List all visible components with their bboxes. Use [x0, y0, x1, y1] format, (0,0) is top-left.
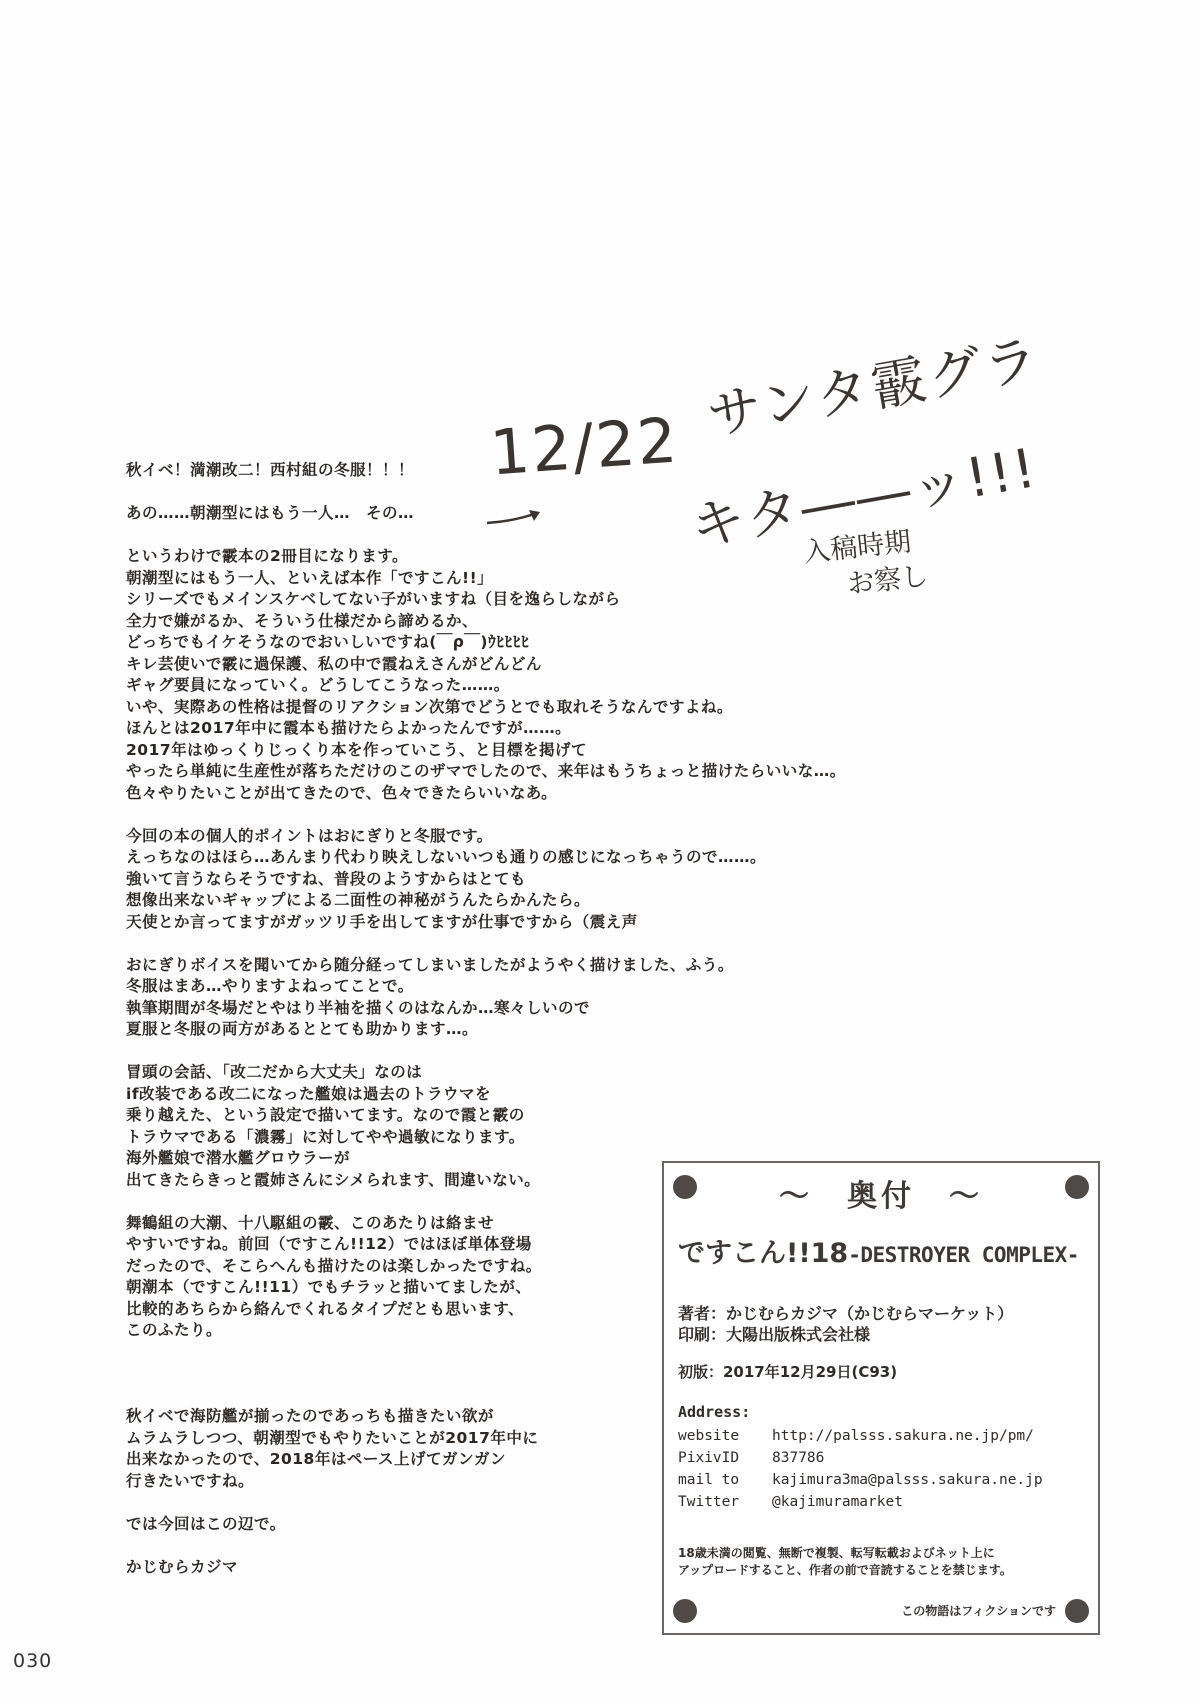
afterword-paragraph: というわけで霰本の2冊目になります。朝潮型にはもう一人、といえば本作「ですこん!…	[126, 546, 1026, 804]
address-key: PixivID	[678, 1447, 772, 1469]
notice-line-1: 18歳未満の閲覧、無断で複製、転写転載およびネット上に	[678, 1545, 1012, 1562]
afterword-line: 今回の本の個人的ポイントはおにぎりと冬服です。	[126, 826, 1026, 848]
notice-line-2: アップロードすること、作者の前で音読することを禁じます。	[678, 1562, 1012, 1579]
afterword-paragraph: 秋イベ！満潮改二！西村組の冬服！！！	[126, 460, 1026, 482]
address-row-website: website http://palsss.sakura.ne.jp/pm/	[678, 1425, 1043, 1447]
afterword-paragraph: おにぎりボイスを聞いてから随分経ってしまいましたがようやく描けました、ふう。冬服…	[126, 955, 1026, 1041]
afterword-line: 天使とか言ってますがガッツリ手を出してますが仕事ですから（震え声	[126, 912, 1026, 934]
afterword-line: ギャグ要員になっていく。どうしてこうなった……。	[126, 675, 1026, 697]
page-number: 030	[13, 1650, 52, 1672]
address-label: Address:	[678, 1403, 750, 1421]
pin-icon	[673, 1599, 697, 1623]
address-key: Twitter	[678, 1491, 772, 1513]
afterword-paragraph: 今回の本の個人的ポイントはおにぎりと冬服です。えっちなのはほら…あんまり代わり映…	[126, 826, 1026, 934]
website-link[interactable]: http://palsss.sakura.ne.jp/pm/	[772, 1425, 1034, 1447]
book-title-main: ですこん!!18	[678, 1238, 848, 1269]
printer-line: 印刷：大陽出版株式会社様	[678, 1324, 1013, 1345]
pin-icon	[1065, 1599, 1089, 1623]
colophon-box: ～ 奥付 ～ ですこん!!18-DESTROYER COMPLEX- 著者：かじ…	[662, 1161, 1100, 1635]
afterword-line: どっちでもイケそうなのでおいしいですね(￣ρ￣)ｳﾋﾋﾋﾋ	[126, 632, 1026, 654]
afterword-line: 執筆期間が冬場だとやはり半袖を描くのはなんか…寒々しいので	[126, 998, 1026, 1020]
email-link[interactable]: kajimura3ma@palsss.sakura.ne.jp	[772, 1469, 1043, 1491]
copyright-notice: 18歳未満の閲覧、無断で複製、転写転載およびネット上に アップロードすること、作…	[678, 1545, 1012, 1579]
address-list: website http://palsss.sakura.ne.jp/pm/ P…	[678, 1425, 1043, 1513]
afterword-line: やったら単純に生産性が落ちただけのこのザマでしたので、来年はもうちょっと描けたら…	[126, 761, 1026, 783]
afterword-line: 2017年はゆっくりじっくり本を作っていこう、と目標を掲げて	[126, 740, 1026, 762]
afterword-paragraph: あの……朝潮型にはもう一人… その…	[126, 503, 1026, 525]
afterword-line: おにぎりボイスを聞いてから随分経ってしまいましたがようやく描けました、ふう。	[126, 955, 1026, 977]
address-key: website	[678, 1425, 772, 1447]
afterword-line: 冬服はまあ…やりますよねってことで。	[126, 976, 1026, 998]
afterword-line: 全力で嫌がるか、そういう仕様だから諦めるか、	[126, 611, 1026, 633]
address-row-twitter: Twitter @kajimuramarket	[678, 1491, 1043, 1513]
afterword-line: if改装である改二になった艦娘は過去のトラウマを	[126, 1084, 1026, 1106]
address-key: mail to	[678, 1469, 772, 1491]
afterword-line: 想像出来ないギャップによる二面性の神秘がうんたらかんたら。	[126, 890, 1026, 912]
afterword-line: というわけで霰本の2冊目になります。	[126, 546, 1026, 568]
pixiv-id: 837786	[772, 1447, 824, 1469]
afterword-line: ほんとは2017年中に霞本も描けたらよかったんですが……。	[126, 718, 1026, 740]
book-title: ですこん!!18-DESTROYER COMPLEX-	[678, 1231, 1079, 1270]
afterword-line: 冒頭の会話、「改二だから大丈夫」なのは	[126, 1062, 1026, 1084]
afterword-line: 強いて言うならそうですね、普段のようすからはとても	[126, 869, 1026, 891]
twitter-handle: @kajimuramarket	[772, 1491, 903, 1513]
credits: 著者：かじむらカジマ（かじむらマーケット） 印刷：大陽出版株式会社様	[678, 1303, 1013, 1345]
address-row-pixiv: PixivID 837786	[678, 1447, 1043, 1469]
afterword-line: キレ芸使いで霰に過保護、私の中で霞ねえさんがどんどん	[126, 654, 1026, 676]
afterword-line: トラウマである「濃霧」に対してやや過敏になります。	[126, 1127, 1026, 1149]
fiction-disclaimer: この物語はフィクションです	[901, 1602, 1056, 1619]
afterword-line: えっちなのはほら…あんまり代わり映えしないいつも通りの感じになっちゃうので……。	[126, 847, 1026, 869]
address-row-mail: mail to kajimura3ma@palsss.sakura.ne.jp	[678, 1469, 1043, 1491]
afterword-line: シリーズでもメインスケベしてない子がいますね（目を逸らしながら	[126, 589, 1026, 611]
afterword-line: いや、実際あの性格は提督のリアクション次第でどうとでも取れそうなんですよね。	[126, 697, 1026, 719]
author-line: 著者：かじむらカジマ（かじむらマーケット）	[678, 1303, 1013, 1324]
afterword-line: 乗り越えた、という設定で描いてます。なので霞と霰の	[126, 1105, 1026, 1127]
colophon-title: ～ 奥付 ～	[664, 1171, 1098, 1215]
afterword-line: あの……朝潮型にはもう一人… その…	[126, 503, 1026, 525]
book-subtitle: -DESTROYER COMPLEX-	[848, 1243, 1079, 1267]
first-edition-line: 初版：2017年12月29日(C93)	[678, 1361, 897, 1382]
afterword-line: 色々やりたいことが出てきたので、色々できたらいいなあ。	[126, 783, 1026, 805]
afterword-line: 朝潮型にはもう一人、といえば本作「ですこん!!」	[126, 568, 1026, 590]
afterword-line: 夏服と冬服の両方があるととても助かります…。	[126, 1019, 1026, 1041]
afterword-line: 秋イベ！満潮改二！西村組の冬服！！！	[126, 460, 1026, 482]
